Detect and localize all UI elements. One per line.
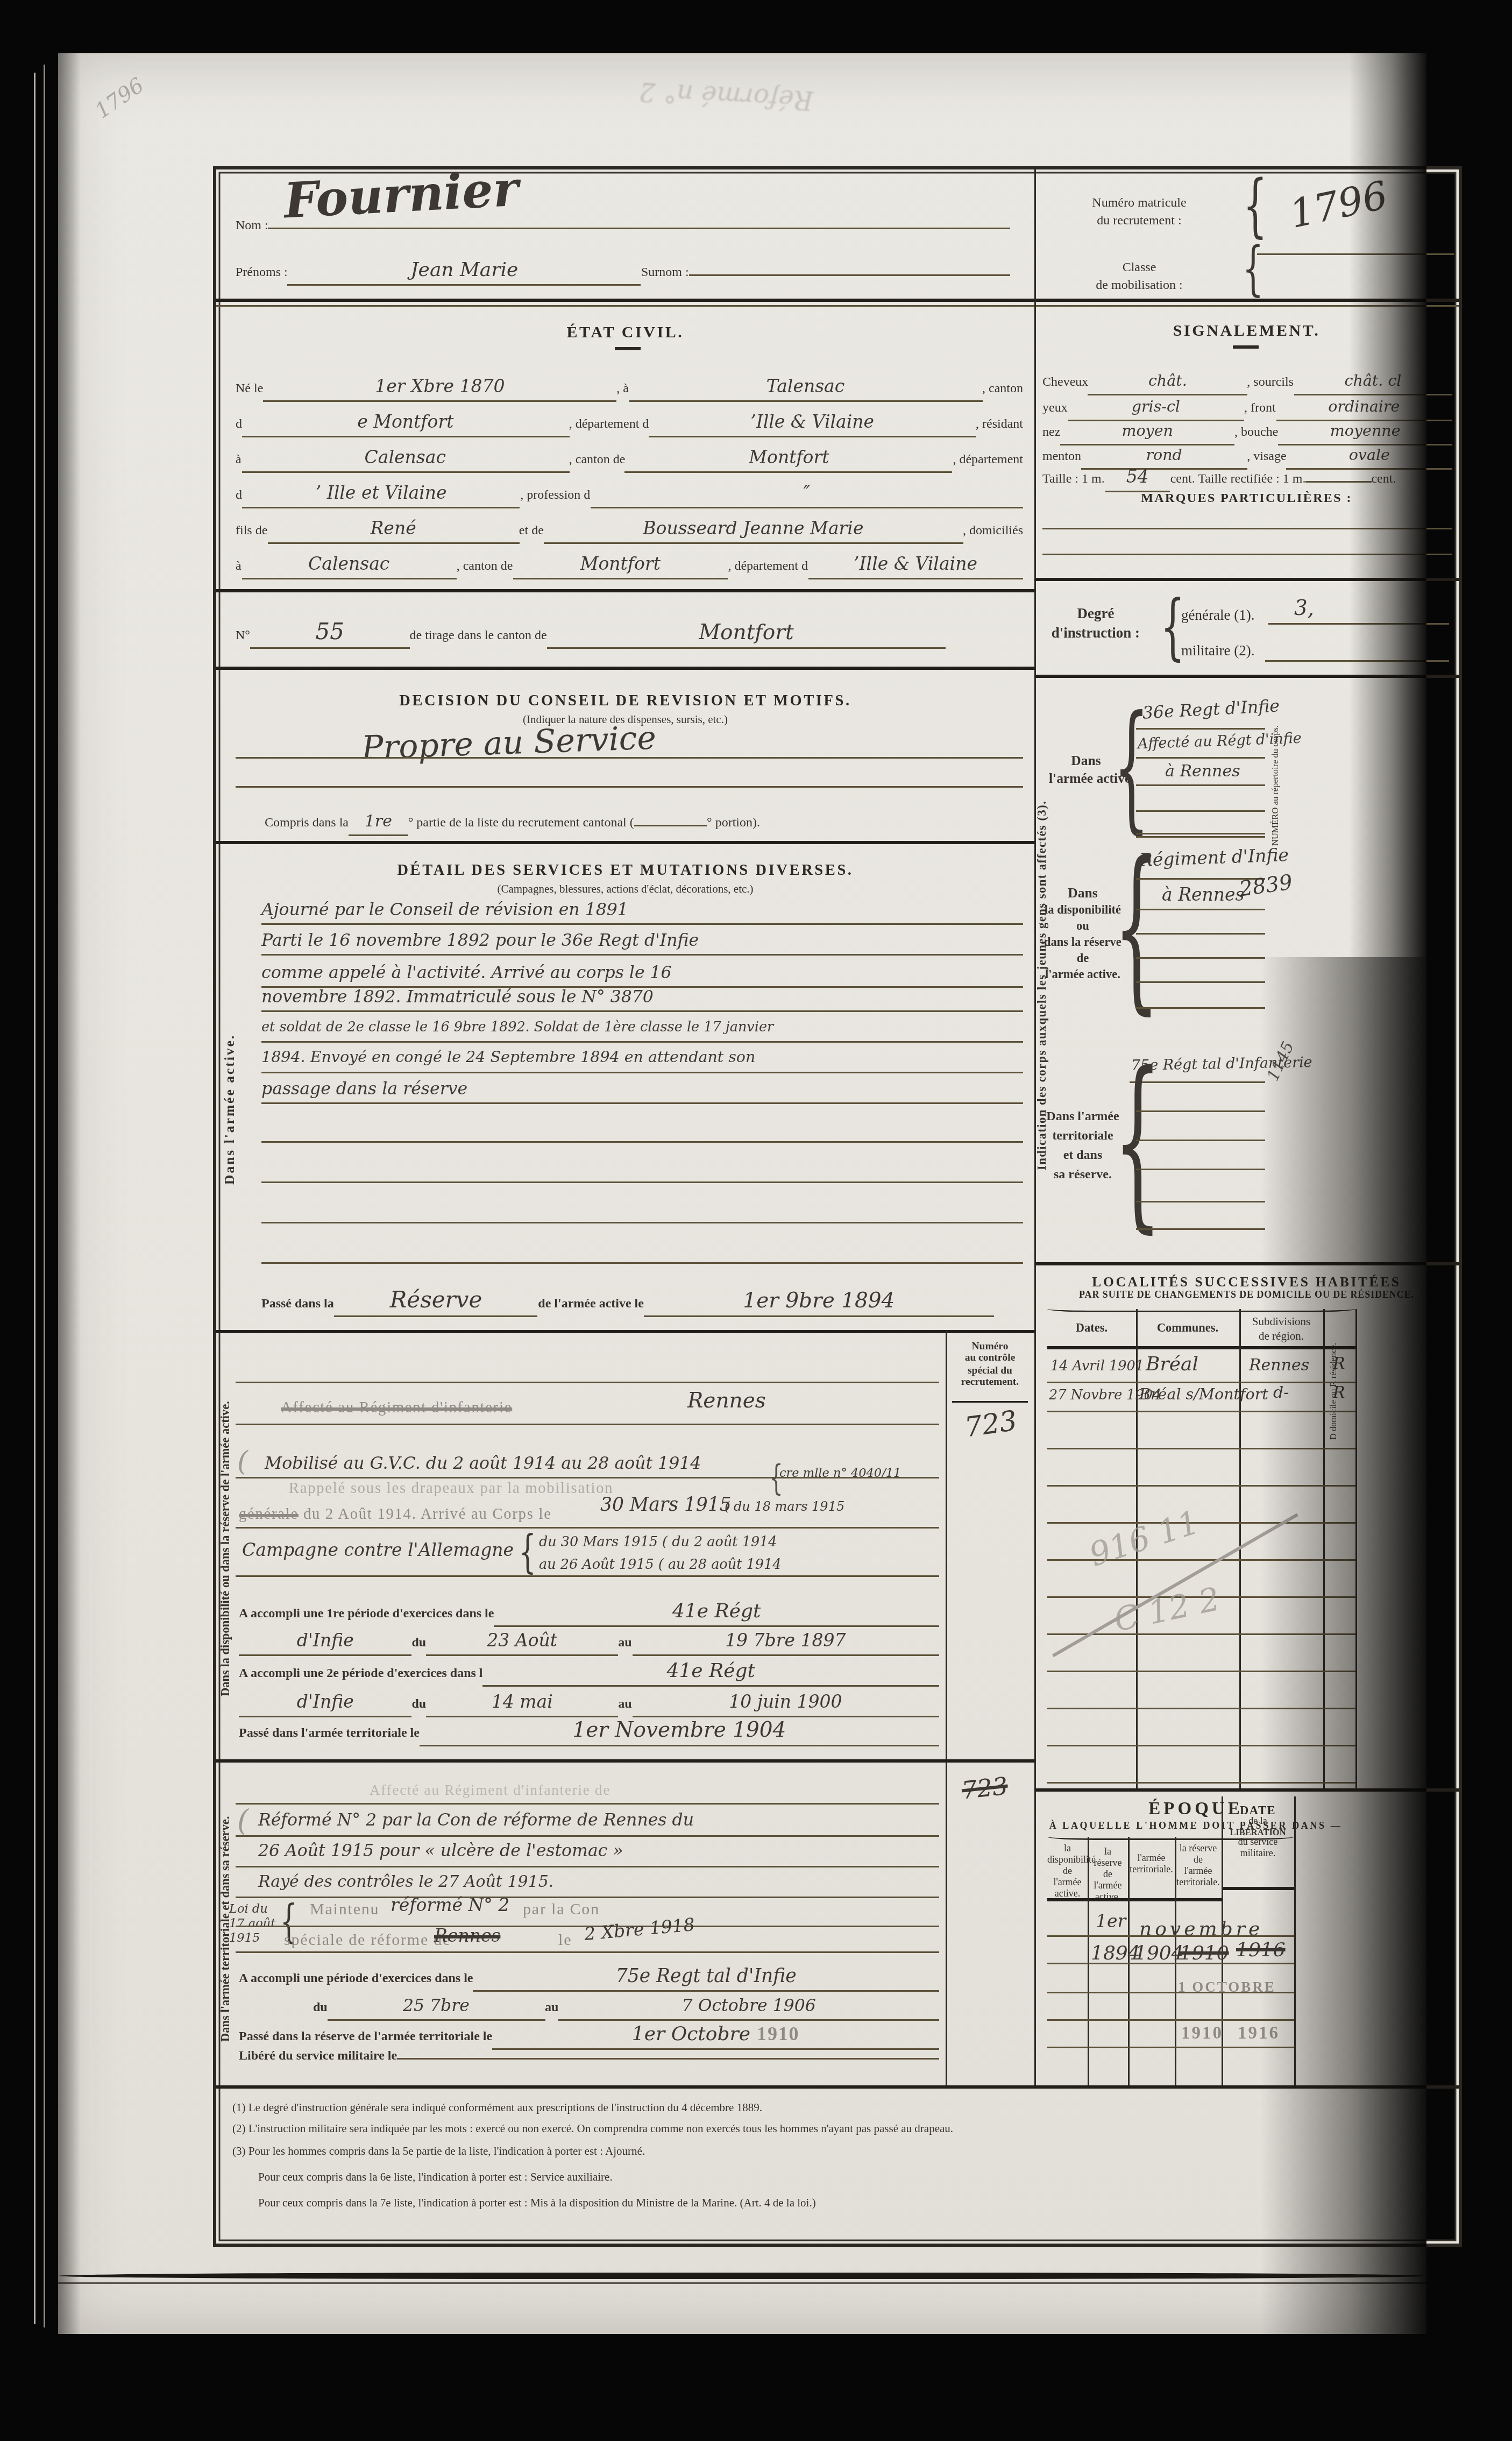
marques-line-2 (1042, 554, 1452, 555)
nom-label: Nom : (236, 218, 268, 233)
lieu-value: Talensac (766, 376, 845, 397)
dispo-empty-line (236, 1382, 939, 1383)
etat-row-2: d e Montfort , département d ’Ille & Vil… (236, 407, 1023, 437)
terr-passe-res-hw: 1er Octobre (632, 2022, 750, 2045)
corps-terr-label-2: et dans (1042, 1148, 1123, 1163)
epoque-col5-l3: du service (1223, 1839, 1293, 1850)
taille-label: Taille : 1 m. (1042, 471, 1105, 486)
epoque-hw-1er: 1er (1096, 1913, 1126, 1930)
marques-line-1 (1042, 528, 1452, 529)
terr-periode-du-value: 25 7bre (403, 1997, 470, 2016)
corps-line (1136, 909, 1265, 910)
services-line-3: novembre 1892. Immatriculé sous le N° 38… (261, 989, 1023, 1012)
epoque-title: ÉPOQUE (1034, 1800, 1357, 1819)
periode2-au: au (618, 1696, 631, 1711)
degre-label-2: d'instruction : (1046, 625, 1146, 641)
epoque-col1-l3: l'armée active. (1047, 1878, 1088, 1900)
dispo-side-frag: la disponibilité (218, 1591, 232, 1668)
epoque-right-vline (1294, 1796, 1296, 2085)
sourcils-label: , sourcils (1247, 374, 1294, 390)
corps-dispo-label-5: l'armée active. (1042, 968, 1123, 982)
decision-title: DECISION DU CONSEIL DE REVISION ET MOTIF… (216, 694, 1034, 710)
scanned-page: 1796 Réformé n° 2 Fournier Nom : Prénoms… (58, 53, 1426, 2334)
departement-line: ’Ille & Vilaine (649, 407, 976, 437)
epoque-header-rule (1047, 1898, 1222, 1901)
dispo-stamp-affecte-text: Affecté au Régiment d'infanterie (281, 1401, 512, 1417)
matricule-value: 1796 (1287, 176, 1391, 235)
services-rule (216, 1330, 1034, 1333)
localites-col-subdiv-2: de région. (1239, 1330, 1323, 1343)
residant-label: , résidant (976, 416, 1023, 431)
degre-militaire-line (1265, 660, 1449, 662)
epoque-subtitle: À LAQUELLE L'HOMME DOIT PASSER DANS — (1034, 1822, 1357, 1832)
localites-subtitle: PAR SUITE DE CHANGEMENTS DE DOMICILE OU … (1034, 1291, 1459, 1301)
terr-stamp-par: par la Con (523, 1903, 600, 1919)
services-empty-line (261, 1262, 1023, 1264)
terr-reforme-2: 26 Août 1915 pour « ulcère de l'estomac … (258, 1843, 623, 1860)
dispo-mobilise: Mobilisé au G.V.C. du 2 août 1914 au 28 … (265, 1456, 701, 1473)
etat-row-1: Né le 1er Xbre 1870 , à Talensac , canto… (236, 371, 1023, 402)
dispo-side-frag: ou (218, 1576, 232, 1589)
corps-line (1136, 1140, 1265, 1141)
corps-active-hw-2: à Rennes (1165, 765, 1240, 781)
passe-reserve-line-2: 1er 9bre 1894 (644, 1286, 994, 1317)
corps-line (1136, 784, 1265, 786)
scale-wrapper: 1796 Réformé n° 2 Fournier Nom : Prénoms… (0, 0, 1512, 2441)
terr-maintenu-hw2: 2 Xbre 1918 (584, 1916, 695, 1943)
controle-header-l2: spécial du (949, 1365, 1031, 1377)
matricule-brace: { (1243, 172, 1267, 241)
controle-header-l1: au contrôle (949, 1353, 1031, 1365)
periode1-du-line: 23 Août (426, 1625, 618, 1656)
dep2-value: ’ Ille et Vilaine (316, 483, 447, 504)
corps-dispo-label-2: ou (1042, 920, 1123, 934)
passe-terr-value: 1er Novembre 1904 (572, 1719, 786, 1743)
ne-le-line: 1er Xbre 1870 (263, 371, 616, 402)
mere-value: Bousseard Jeanne Marie (643, 518, 863, 539)
sourcils-value: chât. cl (1345, 373, 1402, 391)
controle-header-rule (952, 1401, 1028, 1403)
left-edge-shadow (58, 53, 81, 2334)
localites-header-rule (1047, 1346, 1355, 1349)
taille-line: 54 (1105, 462, 1170, 492)
terr-side-frag: sa réserve. (218, 1816, 232, 1870)
epoque-date-header-rule (1223, 1887, 1294, 1890)
epoque-col4-l0: la réserve (1176, 1845, 1220, 1856)
epoque-stamp-1910: 1910 (1181, 2026, 1223, 2043)
footnote-3: (3) Pour les hommes compris dans la 5e p… (232, 2145, 1449, 2158)
periode1-line: 41e Régt (494, 1596, 939, 1627)
terr-passe-res-line: 1er Octobre 1910 (492, 2019, 939, 2050)
dep2-d-label: d (236, 487, 242, 503)
taille-rect-label: cent. Taille rectifiée : 1 m. (1170, 471, 1306, 486)
campagne-label: Campagne contre l'Allemagne (242, 1541, 514, 1559)
terr-periode-au-line: 7 Octobre 1906 (558, 1990, 939, 2021)
services-title: DÉTAIL DES SERVICES ET MUTATIONS DIVERSE… (216, 864, 1034, 880)
periode1-du: du (411, 1635, 426, 1650)
localites-col-communes: Communes. (1136, 1322, 1239, 1336)
localites-row0-dr: R (1333, 1357, 1345, 1374)
degre-militaire-label: militaire (2). (1181, 642, 1254, 659)
passe-reserve-label-2: de l'armée active le (538, 1296, 644, 1311)
corps-dispo-hw-1: à Rennes (1162, 886, 1245, 904)
localites-row-line (1047, 1382, 1355, 1383)
etat-row-6: à Calensac , canton de Montfort , départ… (236, 549, 1023, 579)
epoque-hw-1910: 1910 (1180, 1943, 1229, 1963)
localites-row1-commune: Bréal s/Montfort (1139, 1388, 1268, 1404)
footnote-5: Pour ceux compris dans la 7e liste, l'in… (258, 2197, 1449, 2210)
terr-stamp-affecte: Affecté au Régiment d'infanterie de (370, 1784, 611, 1798)
marques-label: MARQUES PARTICULIÈRES : (1034, 491, 1459, 505)
residence-canton-value: Montfort (749, 447, 829, 468)
epoque-row-line (1047, 2019, 1294, 2021)
terr-loi-0: Loi du (229, 1903, 268, 1915)
margin-number-pencil: 1796 (93, 75, 148, 123)
a-label: , à (616, 381, 629, 396)
portion-line (634, 825, 707, 826)
localites-vline (1355, 1309, 1357, 1788)
classe-label-2: de mobilisation : (1042, 278, 1236, 293)
localites-row0-date: 14 Avril 1901 (1050, 1361, 1144, 1375)
prenoms-value: Jean Marie (410, 258, 518, 281)
periode2-row2: d'Infie du 14 mai au 10 juin 1900 (239, 1687, 939, 1717)
controle-header-l0: Numéro (949, 1341, 1031, 1353)
degre-rule (1034, 675, 1459, 678)
residence-dep-label: , département (953, 452, 1023, 467)
passe-terr-row: Passé dans l'armée territoriale le 1er N… (239, 1716, 939, 1746)
dispo-side-frag: l'armée active. (218, 1402, 232, 1477)
localites-title: LOCALITÉS SUCCESSIVES HABITÉES (1034, 1273, 1459, 1290)
corps-terr-label-0: Dans l'armée (1042, 1109, 1123, 1124)
corps-line (1136, 810, 1265, 812)
yeux-value: gris-cl (1132, 399, 1180, 416)
degre-generale-label: générale (1). (1181, 607, 1254, 624)
tirage-canton-line: Montfort (547, 618, 946, 649)
degre-label-1: Degré (1046, 605, 1146, 622)
terr-maintenu-hw0: réformé N° 2 (391, 1897, 509, 1914)
taille-row: Taille : 1 m. 54 cent. Taille rectifiée … (1042, 462, 1452, 492)
etat-row-4: d ’ Ille et Vilaine , profession d ″ (236, 478, 1023, 508)
services-line-4: et soldat de 2e classe le 16 9bre 1892. … (261, 1022, 1023, 1043)
profession-value: ″ (803, 483, 810, 504)
terr-line (236, 1897, 939, 1898)
dispo-line (236, 1575, 939, 1577)
periode1-inf: d'Infie (297, 1630, 354, 1651)
fils-de-label: fils de (236, 523, 267, 538)
periode2-du: du (411, 1696, 426, 1711)
terr-periode-row: A accompli une période d'exercices dans … (239, 1961, 939, 1992)
canton-value: e Montfort (357, 412, 453, 433)
matricule-label-2: du recrutement : (1042, 213, 1236, 228)
corps-line (1136, 836, 1265, 838)
matricule-label-1: Numéro matricule (1042, 195, 1236, 210)
periode2-row: A accompli une 2e période d'exercices da… (239, 1656, 939, 1687)
epoque-hw-1904: 1904 (1134, 1943, 1184, 1963)
cheveux-value: chât. (1148, 373, 1187, 391)
terr-periode-au-value: 7 Octobre 1906 (682, 1997, 816, 2016)
dispo-note-marge: cre mlle n° 4040/11 (779, 1467, 901, 1480)
terr-raye: Rayé des contrôles le 27 Août 1915. (258, 1876, 553, 1892)
domicilies-label: , domiciliés (963, 523, 1023, 538)
corps-line (1136, 1169, 1265, 1170)
campagne-brace: { (519, 1530, 536, 1575)
compris-label-2: ° partie de la liste du recrutement cant… (408, 815, 634, 830)
surnom-line (689, 274, 1010, 276)
periode1-label: A accompli une 1re période d'exercices d… (239, 1606, 494, 1621)
prenoms-row: Prénoms : Jean Marie Surnom : (236, 255, 1010, 286)
tirage-no-value: 55 (315, 620, 344, 646)
decision-rule (216, 841, 1034, 844)
corps-line (1136, 957, 1265, 959)
epoque-col4-l1: de (1176, 1856, 1220, 1867)
residence-value: Calensac (365, 447, 446, 468)
dispo-bottom-rule (216, 1759, 1034, 1763)
periode1-inf-line: d'Infie (239, 1625, 411, 1656)
epoque-col1-l0: la (1047, 1845, 1088, 1856)
services-line-6: passage dans la réserve (261, 1081, 1023, 1104)
nom-line (268, 228, 1010, 229)
corps-line (1136, 981, 1265, 983)
signalement-title: SIGNALEMENT. (1034, 323, 1459, 341)
page-stack-edge (34, 73, 36, 2324)
services-line-5: 1894. Envoyé en congé le 24 Septembre 18… (261, 1051, 1023, 1073)
epoque-top-rule (1034, 1788, 1459, 1792)
terr-stamp-maintenu: Maintenu (310, 1903, 379, 1919)
periode1-au-line: 19 7bre 1897 (632, 1625, 939, 1656)
passe-reserve-value-2: 1er 9bre 1894 (743, 1290, 895, 1314)
terr-periode-line: 75e Regt tal d'Infie (473, 1961, 939, 1992)
header-rule (216, 299, 1459, 302)
dispo-line (236, 1424, 939, 1425)
registration-form: Fournier Nom : Prénoms : Jean Marie Surn… (213, 166, 1462, 2247)
dispo-side-frag: Dans (218, 1671, 232, 1697)
residence-canton-line: Montfort (625, 442, 953, 473)
scan-background: 1796 Réformé n° 2 Fournier Nom : Prénoms… (0, 0, 1512, 2441)
periode1-row2: d'Infie du 23 Août au 19 7bre 1897 (239, 1625, 939, 1656)
periode1-du-value: 23 Août (487, 1630, 557, 1651)
corps-dispo-label-3: dans la réserve (1042, 936, 1123, 950)
controle-value-dispo: 723 (963, 1409, 1019, 1443)
dom-dep-line: ’Ille & Vilaine (808, 549, 1023, 579)
dom-canton-line: Montfort (513, 549, 728, 579)
terr-maintenu-hw1: Rennes (434, 1927, 500, 1945)
epoque-col5-l0: DATE (1223, 1803, 1293, 1817)
periode2-au-line: 10 juin 1900 (632, 1687, 939, 1717)
dep2-line: ’ Ille et Vilaine (242, 478, 520, 508)
compris-line: 1re (349, 805, 408, 836)
epoque-hw-month: novembre (1139, 1919, 1263, 1938)
inverted-pencil-note: Réformé n° 2 (638, 78, 814, 113)
dom-canton-value: Montfort (580, 554, 661, 575)
passe-terr-label: Passé dans l'armée territoriale le (239, 1725, 420, 1740)
epoque-col4-l3: territoriale. (1176, 1878, 1220, 1890)
localites-row0-commune: Bréal (1146, 1354, 1198, 1374)
residence-line: Calensac (242, 442, 569, 473)
services-empty-line (261, 1141, 1023, 1143)
degre-generale-value: 3, (1294, 599, 1314, 620)
controle-header: Numéro au contrôle spécial du recrutemen… (949, 1341, 1031, 1390)
corps-active-label-2: l'armée active. (1049, 772, 1123, 787)
localites-col-subdiv-1: Subdivisions (1239, 1315, 1323, 1328)
residence-a-label: à (236, 452, 242, 467)
matricule-line (1257, 253, 1454, 255)
passe-reserve-line-1: Réserve (334, 1286, 538, 1317)
bouche-value: moyenne (1330, 423, 1401, 441)
de-label: d (236, 416, 242, 431)
corps-dispo-numero: 2839 (1238, 873, 1294, 901)
controle-header-l3: recrutement. (949, 1377, 1031, 1389)
localites-row1-dr: R (1333, 1386, 1345, 1403)
generale-word: générale (239, 1508, 299, 1524)
periode1-au-value: 19 7bre 1897 (725, 1630, 846, 1651)
services-line-2: comme appelé à l'activité. Arrivé au cor… (261, 965, 1023, 988)
dispo-stamp-rappele: Rappelé sous les drapeaux par la mobilis… (289, 1483, 613, 1499)
corps-dispo-hw-0: Régiment d'Infie (1139, 846, 1289, 869)
dom-a-label: à (236, 558, 242, 574)
periode2-label: A accompli une 2e période d'exercices da… (239, 1666, 483, 1681)
localites-brace-line (1047, 1306, 1355, 1312)
yeux-label: yeux (1042, 400, 1068, 415)
services-line-0: Ajourné par le Conseil de révision en 18… (261, 902, 1023, 925)
etat-row-3: à Calensac , canton de Montfort , départ… (236, 442, 1023, 473)
dom-dep-label: , département d (728, 558, 808, 574)
taille-cent-label: cent. (1371, 471, 1396, 486)
dispo-affecte-hw: Rennes (687, 1391, 766, 1412)
epoque-col5-l2: LIBÉRATION (1223, 1829, 1293, 1839)
periode2-inf: d'Infie (297, 1692, 354, 1713)
corps-line (1136, 1110, 1265, 1112)
epoque-col5-l4: militaire. (1223, 1850, 1293, 1861)
corps-dispo-label-0: Dans (1042, 886, 1123, 902)
epoque-stamp-1octobre: 1 OCTOBRE (1178, 1980, 1276, 1995)
prenoms-line: Jean Marie (288, 255, 641, 286)
residence-canton-label: , canton de (569, 452, 626, 467)
pere-value: René (371, 518, 416, 539)
passe-terr-line: 1er Novembre 1904 (420, 1716, 939, 1746)
periode1-regt: 41e Régt (672, 1600, 761, 1622)
dispo-arrive-hw2: ( du 18 mars 1915 (725, 1501, 844, 1514)
terr-periode-label: A accompli une période d'exercices dans … (239, 1971, 473, 1986)
terr-reforme-1: Réformé N° 2 par la Con de réforme de Re… (258, 1813, 694, 1830)
page-bottom-rule-2 (58, 2282, 1426, 2284)
localites-row0-subdiv: Rennes (1249, 1359, 1309, 1375)
corps-active-hw-0: 36e Regt d'Infie (1142, 698, 1280, 723)
terr-side-frag: Dans l'armée (218, 1973, 232, 2042)
footnote-4: Pour ceux compris dans la 6e liste, l'in… (258, 2171, 1449, 2184)
compris-label-1: Compris dans la (265, 815, 349, 830)
epoque-col4-header: la réserve de l'armée territoriale. (1176, 1845, 1220, 1890)
epoque-col3-l0: l'armée (1130, 1855, 1173, 1866)
dom-line: Calensac (242, 549, 457, 579)
etat-rule (216, 589, 1034, 592)
services-line-1: Parti le 16 novembre 1892 pour le 36e Re… (261, 933, 1023, 956)
services-subtitle: (Campagnes, blessures, actions d'éclat, … (216, 883, 1034, 896)
bouche-label: , bouche (1234, 424, 1278, 440)
nom-row: Nom : (236, 218, 1010, 233)
dispo-stamp-affecte: Affecté au Régiment d'infanterie (281, 1403, 512, 1418)
terr-loi-1: 17 août (229, 1918, 275, 1930)
decision-line-1 (236, 757, 1023, 759)
epoque-col5-l1: de la (1223, 1817, 1293, 1829)
ne-le-value: 1er Xbre 1870 (375, 376, 505, 397)
dom-value: Calensac (308, 554, 389, 575)
dom-canton-label: , canton de (457, 558, 513, 574)
epoque-hw-1916: 1916 (1236, 1940, 1286, 1959)
etat-civil-title: ÉTAT CIVIL. (216, 324, 1034, 342)
periode2-au-value: 10 juin 1900 (729, 1692, 842, 1713)
libere-row: Libéré du service militaire le (239, 2048, 939, 2063)
repertoire-label: NUMÉRO au répertoire du corps. (1272, 705, 1289, 867)
corps-line (1136, 1007, 1265, 1009)
terr-stamp-le: le (558, 1934, 572, 1950)
terr-periode-regt: 75e Regt tal d'Infie (616, 1964, 797, 1987)
services-empty-line (261, 1222, 1023, 1223)
services-side-label: Dans l'armée active. (223, 904, 238, 1315)
footnotes-top-rule (216, 2085, 1459, 2089)
front-value: ordinaire (1328, 399, 1400, 416)
terr-line (236, 1866, 939, 1867)
dom-dep-value: ’Ille & Vilaine (854, 554, 977, 575)
dispo-side-frag: dans la réserve (218, 1495, 232, 1573)
margin-paren: ( (237, 1449, 248, 1477)
corps-line (1136, 1201, 1265, 1202)
profession-label: , profession d (520, 487, 590, 503)
corps-dispo-label-1: la disponibilité (1042, 904, 1123, 918)
periode1-au: au (618, 1635, 631, 1650)
passe-reserve-row: Passé dans la Réserve de l'armée active … (261, 1286, 1023, 1317)
nez-label: nez (1042, 424, 1060, 440)
et-de-label: et de (519, 523, 544, 538)
footnote-1: (1) Le degré d'instruction générale sera… (232, 2102, 1449, 2114)
periode2-line: 41e Régt (483, 1656, 939, 1687)
terr-passe-res-row: Passé dans la réserve de l'armée territo… (239, 2019, 939, 2050)
departement-value: ’Ille & Vilaine (750, 412, 874, 433)
corps-active-label-1: Dans (1049, 754, 1123, 769)
dispo-line (236, 1527, 939, 1529)
dispo-stamp-generale: générale du 2 Août 1914. Arrivé au Corps… (239, 1509, 552, 1525)
lieu-line: Talensac (629, 371, 982, 402)
ne-le-label: Né le (236, 381, 263, 396)
terr-line (236, 1835, 939, 1837)
page-bottom-rule (58, 2273, 1426, 2279)
terr-loi-2: 1915 (229, 1932, 260, 1944)
terr-passe-res-label: Passé dans la réserve de l'armée territo… (239, 2029, 492, 2044)
passe-reserve-label-1: Passé dans la (261, 1296, 334, 1311)
corps-dispo-label-4: de (1042, 952, 1123, 966)
controle-col-divider (946, 1330, 947, 2085)
profession-line: ″ (590, 478, 1023, 508)
cheveux-label: Cheveux (1042, 374, 1088, 390)
localites-row1-subdiv: d- (1273, 1386, 1289, 1403)
corps-terr-label-1: territoriale (1042, 1128, 1123, 1143)
terr-line (236, 1951, 939, 1953)
canton-label: , canton (982, 381, 1023, 396)
epoque-row-line (1047, 2047, 1294, 2048)
tirage-canton-value: Montfort (699, 621, 793, 646)
periode2-du-line: 14 mai (426, 1687, 618, 1717)
prenoms-label: Prénoms : (236, 265, 288, 280)
header-divider (1034, 169, 1036, 302)
epoque-stamp-1916: 1916 (1238, 2026, 1280, 2043)
epoque-col3-header: l'armée territoriale. (1130, 1855, 1173, 1877)
terr-periode-du-line: 25 7bre (328, 1990, 545, 2021)
signalement-dash (1233, 345, 1259, 349)
corps-terr-label-3: sa réserve. (1042, 1167, 1123, 1182)
periode2-du-value: 14 mai (492, 1692, 553, 1713)
epoque-col2-header: la réserve de l'armée active. (1089, 1848, 1126, 1904)
classe-label-1: Classe (1042, 260, 1236, 275)
campagne-line2: au 26 Août 1915 ( au 28 août 1914 (539, 1559, 781, 1573)
